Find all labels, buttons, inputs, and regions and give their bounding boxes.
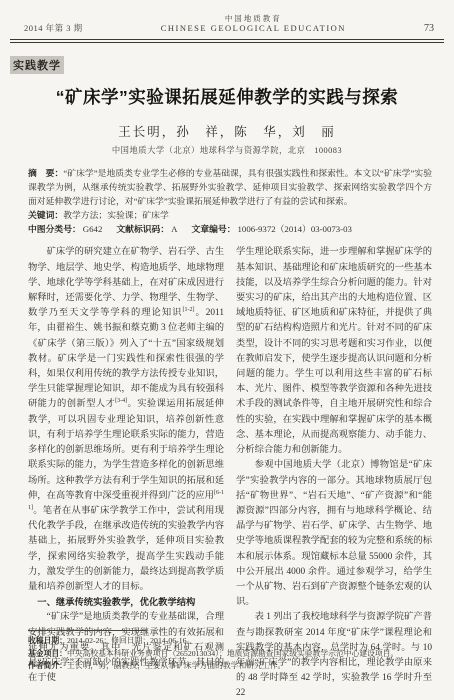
meta-line: 中图分类号：G642文献标识码：A文章编号：1006-9372（2014）03-… <box>28 223 432 237</box>
footnote-lines: 收稿日期：2014-02-26；修回日期：2014-06-16。基金项目：中央高… <box>28 635 432 673</box>
citation-superscript: [1-2] <box>182 307 194 313</box>
column-section-tag: 实践教学 <box>10 56 64 74</box>
abstract-block: 摘 要：“矿床学”是地质类专业学生必修的专业基础课，具有很强实践性和探索性。本文… <box>28 167 432 236</box>
article-title: “矿床学”实验课拓展延伸教学的实践与探索 <box>18 84 436 109</box>
footnote-label: 收稿日期： <box>28 636 67 645</box>
clc-value: G642 <box>83 224 103 234</box>
footnote-line: 基金项目：中央高校基本科研业务费项目（2652013034）；地质资源勘查国家级… <box>28 648 432 661</box>
footnote-line: 收稿日期：2014-02-26；修回日期：2014-06-16。 <box>28 635 432 648</box>
page-number: 73 <box>424 23 434 34</box>
authors-line: 王长明，孙 祥，陈 华，刘 丽 <box>0 122 454 140</box>
section-heading: 一、继承传统实验教学，优化教学结构 <box>28 595 224 610</box>
affiliation-line: 中国地质大学（北京）地球科学与资源学院，北京 100083 <box>0 144 454 156</box>
abstract-text: “矿床学”是地质类专业学生必修的专业基础课，具有很强实践性和探索性。本文以“矿床… <box>28 168 432 206</box>
header-double-rule <box>10 39 444 43</box>
citation-superscript: [3-4] <box>115 398 127 404</box>
footnote-line: 作者简介：王长明，男，副教授，主要从事矿床学方面的教学和研究工作。 <box>28 660 432 673</box>
footnote-block: 收稿日期：2014-02-26；修回日期：2014-06-16。基金项目：中央高… <box>28 630 432 673</box>
citation-superscript: [6-11] <box>28 490 224 511</box>
footnote-label: 基金项目： <box>28 649 67 658</box>
abstract-line: 摘 要：“矿床学”是地质类专业学生必修的专业基础课，具有很强实践性和探索性。本文… <box>28 167 432 209</box>
issue-info: 2014 年第 3 期 <box>24 22 83 34</box>
footnote-rule <box>28 630 146 631</box>
clc-label: 中图分类号： <box>28 224 81 234</box>
journal-page: 2014 年第 3 期 中国地质教育 CHINESE GEOLOGICAL ED… <box>0 0 454 700</box>
footnote-label: 作者简介： <box>28 661 67 670</box>
keywords-text: 教学方法；实验课；矿床学 <box>63 210 169 220</box>
article-id-value: 1006-9372（2014）03-0073-03 <box>238 224 352 234</box>
body-paragraph: 学生理论联系实际，进一步理解和掌握矿床学的基本知识、基础理论和矿床地质研究的一些… <box>236 245 432 458</box>
keywords-label: 关键词： <box>28 210 63 220</box>
article-id-label: 文章编号： <box>192 224 236 234</box>
doc-code-label: 文献标识码： <box>116 224 169 234</box>
body-paragraph: 矿床学的研究建立在矿物学、岩石学、古生物学、地层学、地史学、构造地质学、地球物理… <box>28 245 224 595</box>
keywords-line: 关键词：教学方法；实验课；矿床学 <box>28 209 432 223</box>
abstract-label: 摘 要： <box>28 168 63 178</box>
body-paragraph: 参观中国地质大学（北京）博物馆是“矿床学”实验教学内容的一部分。其地球物质展厅包… <box>236 458 432 610</box>
journal-title-block: 中国地质教育 CHINESE GEOLOGICAL EDUCATION <box>161 14 346 34</box>
journal-title-cn: 中国地质教育 <box>161 14 346 23</box>
doc-code-value: A <box>171 224 177 234</box>
journal-title-en: CHINESE GEOLOGICAL EDUCATION <box>161 23 346 34</box>
page-header: 2014 年第 3 期 中国地质教育 CHINESE GEOLOGICAL ED… <box>0 0 454 37</box>
